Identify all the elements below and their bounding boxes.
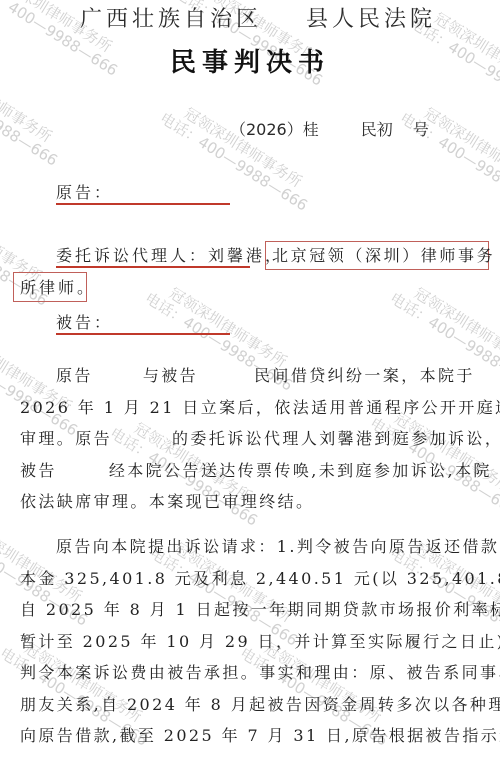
defendant-label: 被告： [56, 310, 113, 333]
text: 原告 [56, 366, 93, 385]
case-suffix: 号 [413, 120, 429, 139]
paragraph-line: 原告与被告民间借贷纠纷一案，本院于 [20, 360, 486, 392]
paragraph-line: 原告向本院提出诉讼请求：1.判令被告向原告返还借款 [20, 531, 486, 563]
case-number: （2026）桂民初号 [230, 117, 429, 140]
case-year: （2026）桂 [230, 120, 319, 139]
text: 被告 [20, 461, 57, 480]
paragraph-line: 暂计至 2025 年 10 月 29 日，并计算至实际履行之日止)；2, [20, 626, 486, 658]
claims-paragraph: 原告向本院提出诉讼请求：1.判令被告向原告返还借款 本金 325,401.8 元… [20, 531, 486, 752]
court-header: 广西壮族自治区县人民法院 [80, 2, 440, 33]
document-content: 广西壮族自治区县人民法院 民事判决书 （2026）桂民初号 原告： 委托诉讼代理… [0, 0, 500, 760]
paragraph-line: 自 2025 年 8 月 1 日起按一年期同期贷款市场报价利率标准, [20, 594, 486, 626]
paragraph-line: 向原告借款,截至 2025 年 7 月 31 日,原告根据被告指示通过支 [20, 720, 486, 752]
agent-firm-line2: 所律师。 [20, 275, 96, 298]
agent-firm-line1: 北京冠领（深圳）律师事务 [272, 243, 495, 266]
paragraph-line: 被告经本院公告送达传票传唤,未到庭参加诉讼,本院 [20, 455, 486, 487]
paragraph-line: 2026 年 1 月 21 日立案后，依法适用普通程序公开开庭进行了 [20, 392, 486, 424]
document-title: 民事判决书 [0, 42, 500, 79]
paragraph-line: 审理。原告的委托诉讼代理人刘馨港到庭参加诉讼， [20, 423, 486, 455]
paragraph-line: 依法缺席审理。本案现已审理终结。 [20, 486, 486, 518]
paragraph-line: 判令本案诉讼费由被告承担。事实和理由：原、被告系同事、 [20, 657, 486, 689]
text: 的委托诉讼代理人刘馨港到庭参加诉讼， [172, 429, 500, 448]
defendant-underline [56, 333, 230, 335]
text: 民间借贷纠纷一案，本院于 [254, 366, 475, 385]
court-name: 县人民法院 [306, 7, 436, 32]
paragraph-line: 朋友关系,自 2024 年 8 月起被告因资金周转多次以各种理由 [20, 689, 486, 721]
text: 与被告 [143, 366, 198, 385]
case-summary-paragraph: 原告与被告民间借贷纠纷一案，本院于 2026 年 1 月 21 日立案后，依法适… [20, 360, 486, 518]
text: 审理。原告 [20, 429, 112, 448]
paragraph-line: 本金 325,401.8 元及利息 2,440.51 元(以 325,401.8… [20, 563, 486, 595]
judgment-page: 冠领深圳律师事务所 电话：400—9988—666 冠领深圳律师事务所 电话：4… [0, 0, 500, 760]
plaintiff-label: 原告： [56, 180, 113, 203]
agent-underline [56, 266, 250, 268]
court-region: 广西壮族自治区 [80, 7, 262, 32]
case-type: 民初 [361, 120, 393, 139]
text: 经本院公告送达传票传唤,未到庭参加诉讼,本院 [109, 461, 492, 480]
plaintiff-underline [56, 203, 230, 205]
agent-label: 委托诉讼代理人：刘馨港， [56, 243, 284, 266]
